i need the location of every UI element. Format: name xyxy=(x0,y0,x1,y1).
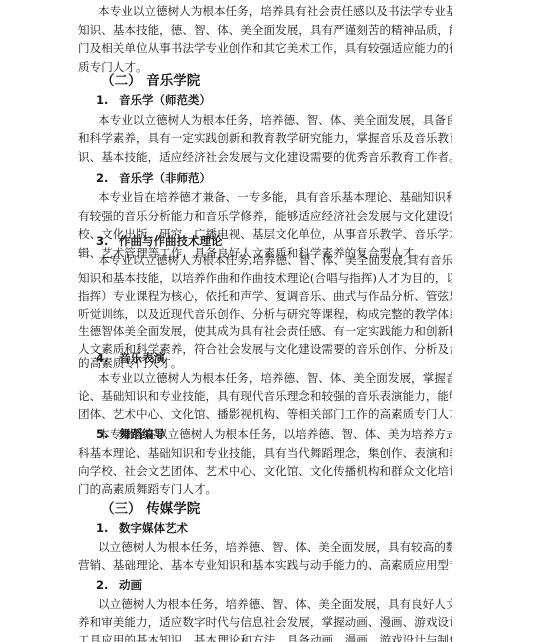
paragraph-line: 以立德树人为根本任务，培养德、智、体、美全面发展，具有良好人文素质、艺术修 xyxy=(98,597,452,611)
paragraph-line: 本专业以立德树人为根本任务，培养德、智、体、美全面发展，掌握音乐学科基本理 xyxy=(98,371,452,385)
major-number: 1. xyxy=(96,93,119,107)
major-number: 2. xyxy=(96,578,119,592)
major-heading: 4.音乐表演 xyxy=(96,350,165,366)
paragraph-line: 本专业以立德树人为根本任务，培养具有社会责任感以及书法学专业基本理论、基本 xyxy=(98,4,452,18)
paragraph-line: 识、基本技能，适应经济社会发展与文化建设需要的优秀音乐教育工作者。 xyxy=(78,150,452,164)
paragraph-line: 本专业以立德树人为根本任务,培养德、智、体、美全面发展,具有音乐基本理论、基础 xyxy=(98,253,452,267)
paragraph-line: 有较强的音乐分析能力和音乐学修养，能够适应经济社会发展与文化建设需要，在各级学 xyxy=(78,209,452,223)
section-heading-music-school: （二） 音乐学院 xyxy=(101,69,200,89)
paragraph-line: 以立德树人为根本任务，培养德、智、体、美全面发展，具有较高的数字设计、媒介 xyxy=(98,540,452,554)
paragraph-line: 向学校、社会文艺团体、艺术中心、文化馆、文化传播机构和群众文化培训机构等相关部 xyxy=(78,464,452,478)
major-title: 音乐学（师范类） xyxy=(119,93,211,107)
major-title: 动画 xyxy=(119,578,142,592)
paragraph-line: 营销、基础理论、基本专业知识和基本实践与动手能力的、高素质应用型专门人才。 xyxy=(78,558,452,572)
major-number: 4. xyxy=(96,351,119,365)
major-number: 3. xyxy=(96,234,119,248)
major-title: 音乐学（非师范） xyxy=(119,171,211,185)
paragraph-line: 知识、基本技能，德、智、体、美全面发展，具有严谨刻苦的精神品质，能在文化艺术部 xyxy=(78,23,452,37)
section-heading-media-school: （三） 传媒学院 xyxy=(101,497,200,517)
paragraph-line: 门及相关单位从事书法学专业创作和其它美术工作，具有较强适应能力的德才兼备的高素 xyxy=(78,41,452,55)
major-title: 数字媒体艺术 xyxy=(119,521,188,535)
paragraph-line: 科基本理论、基础知识和专业技能，具有当代舞蹈理念，集创作、表演和教学为一体，面 xyxy=(78,446,452,460)
paragraph-line: 知识和基本技能，以培养作曲和作曲技术理论(合唱与指挥)人才为目的，以作曲（合唱与 xyxy=(78,271,452,285)
paragraph-line: 和科学素养，具有一定实践创新和教育教学研究能力，掌握音乐及音乐教育的基本理论知 xyxy=(78,131,452,145)
major-title: 音乐表演 xyxy=(119,351,165,365)
major-title: 作曲与作曲技术理论 xyxy=(119,234,223,248)
major-heading: 3.作曲与作曲技术理论 xyxy=(96,233,223,249)
paragraph-line: 团体、艺术中心、文化馆、播影视机构、等相关部门工作的高素质专门人才。 xyxy=(78,407,452,421)
paragraph-line: 论、基础知识和专业技能，具有现代音乐理念和较强的音乐表演能力，能够胜任社会文艺 xyxy=(78,389,452,403)
paragraph-line: 工具应用的基本知识、基本理论和方法，具备动画、漫画、游戏设计与制作的专业基本技 xyxy=(78,633,452,642)
paragraph-line: 生德智体美全面发展，使其成为具有社会责任感、有一定实践能力和创新精神，具备良好 xyxy=(78,324,452,338)
document-page: 本专业以立德树人为根本任务，培养具有社会责任感以及书法学专业基本理论、基本 知识… xyxy=(0,0,535,642)
paragraph-line: 指挥）专业课程为核心，依托和声学、复调音乐、曲式与作品分析、管弦乐配器法、视唱 xyxy=(78,289,452,303)
paragraph-line: 本专业以立德树人为根本任务，培养德、智、体、美全面发展，具备良好的人文素质 xyxy=(98,113,452,127)
paragraph-line: 门的高素质舞蹈专门人才。 xyxy=(78,482,452,496)
major-heading: 2.动画 xyxy=(96,577,142,593)
paragraph-line: 养和审美能力，适应数字时代与信息社会发展，掌握动画、漫画、游戏设计的创作及相关 xyxy=(78,615,452,629)
major-heading: 1.数字媒体艺术 xyxy=(96,520,188,536)
major-number: 1. xyxy=(96,521,119,535)
major-heading: 2.音乐学（非师范） xyxy=(96,170,211,186)
paragraph-line: 本专业旨在培养德才兼备、一专多能，具有音乐基本理论、基础知识和基本技能，拥 xyxy=(98,190,452,204)
paragraph-line: 本专业旨在以立德树人为根本任务，以培养德、智、体、美为培养方式，掌握舞蹈学 xyxy=(98,427,452,441)
major-number: 2. xyxy=(96,171,119,185)
major-heading: 1.音乐学（师范类） xyxy=(96,92,211,108)
paragraph-line: 听觉训练，以及近现代音乐创作、分析与研究等课程，构成完整的教学体系。旨在培养学 xyxy=(78,307,452,321)
